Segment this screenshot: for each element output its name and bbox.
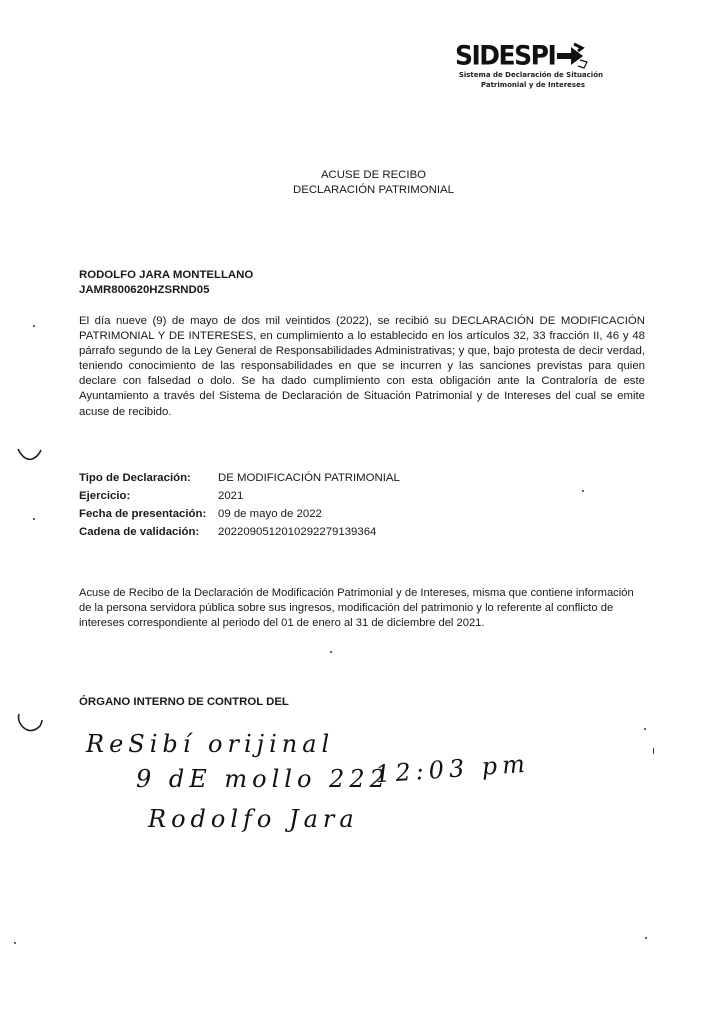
document-title: ACUSE DE RECIBO DECLARACIÓN PATRIMONIAL bbox=[0, 168, 725, 198]
field-value: 2021 bbox=[218, 490, 243, 502]
scan-speck bbox=[653, 748, 654, 754]
scan-speck bbox=[645, 937, 647, 939]
field-row-tipo: Tipo de Declaración: DE MODIFICACIÓN PAT… bbox=[79, 469, 400, 487]
body-paragraph-2: Acuse de Recibo de la Declaración de Mod… bbox=[79, 586, 645, 631]
logo-wordmark: SIDESPI bbox=[455, 42, 555, 69]
handwritten-date: 9 dE mollo 222 bbox=[136, 765, 390, 793]
punch-hole-mark-icon bbox=[14, 445, 46, 467]
field-row-ejercicio: Ejercicio: 2021 bbox=[79, 487, 400, 505]
field-label: Fecha de presentación: bbox=[79, 508, 218, 520]
title-line1: ACUSE DE RECIBO bbox=[22, 168, 725, 183]
handwritten-signature-name: Rodolfo Jara bbox=[148, 805, 359, 833]
scan-speck bbox=[33, 325, 35, 327]
field-value: DE MODIFICACIÓN PATRIMONIAL bbox=[218, 472, 400, 484]
declarant-block: RODOLFO JARA MONTELLANO JAMR800620HZSRND… bbox=[79, 268, 253, 298]
scan-speck bbox=[330, 651, 332, 653]
arrow-icon bbox=[556, 42, 590, 70]
logo-subtitle-line2: Patrimonial y de Intereses bbox=[443, 81, 603, 90]
scan-speck bbox=[33, 518, 35, 520]
scan-speck bbox=[14, 942, 16, 944]
scan-speck bbox=[644, 728, 646, 730]
field-row-fecha: Fecha de presentación: 09 de mayo de 202… bbox=[79, 505, 400, 523]
organ-heading: ÓRGANO INTERNO DE CONTROL DEL bbox=[79, 696, 289, 708]
field-label: Cadena de validación: bbox=[79, 526, 218, 538]
logo-subtitle-line1: Sistema de Declaración de Situación bbox=[443, 71, 603, 80]
punch-hole-mark-icon bbox=[14, 710, 46, 738]
declarant-name: RODOLFO JARA MONTELLANO bbox=[79, 268, 253, 283]
body-paragraph-1: El día nueve (9) de mayo de dos mil vein… bbox=[79, 314, 645, 420]
handwritten-time: 12:03 pm bbox=[374, 750, 530, 789]
handwritten-received-note: ReSibí orijinal bbox=[86, 730, 334, 758]
field-label: Tipo de Declaración: bbox=[79, 472, 218, 484]
declaration-fields: Tipo de Declaración: DE MODIFICACIÓN PAT… bbox=[79, 469, 400, 541]
sidespi-logo: SIDESPI Sistema de Declaración de Situac… bbox=[443, 42, 603, 90]
field-row-cadena: Cadena de validación: 202209051201029227… bbox=[79, 523, 400, 541]
scan-speck bbox=[582, 490, 584, 492]
declarant-rfc: JAMR800620HZSRND05 bbox=[79, 283, 253, 298]
field-value: 09 de mayo de 2022 bbox=[218, 508, 322, 520]
field-value: 20220905120102922791393​64 bbox=[218, 526, 376, 538]
title-line2: DECLARACIÓN PATRIMONIAL bbox=[22, 183, 725, 198]
field-label: Ejercicio: bbox=[79, 490, 218, 502]
